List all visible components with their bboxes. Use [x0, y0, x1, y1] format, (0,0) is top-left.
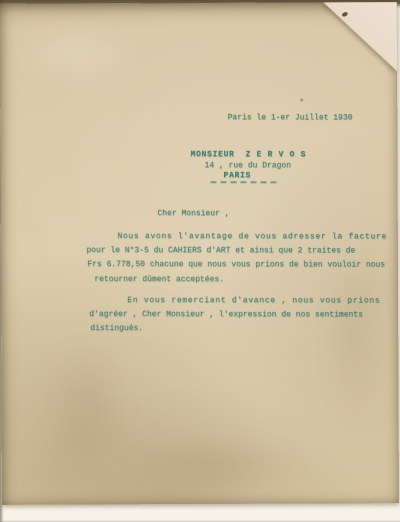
letter-scan: Paris le 1-er Juillet 1930 MONSIEUR Z E … [0, 0, 400, 522]
salutation: Cher Monsieur , [157, 209, 229, 219]
recipient-name: MONSIEUR Z E R V O S [191, 150, 307, 160]
letter-paper: Paris le 1-er Juillet 1930 MONSIEUR Z E … [0, 2, 399, 505]
recipient-city: PARIS [223, 171, 251, 181]
body-line: distingués. [90, 324, 143, 334]
dateline: Paris le 1-er Juillet 1930 [228, 113, 353, 123]
body-line: Frs 6.778,50 chacune que nous vous prion… [87, 260, 385, 271]
body-line: pour le N°3-5 du CAHIERS d'ART et ainsi … [86, 246, 355, 256]
body-line: retourner dûment acceptées. [94, 275, 224, 285]
body-line: d'agréer , Cher Monsieur , l'expression … [89, 310, 363, 320]
body-line: En vous remerciant d'avance , nous vous … [127, 296, 380, 306]
typed-text-layer: Paris le 1-er Juillet 1930 MONSIEUR Z E … [0, 4, 397, 506]
recipient-underline [210, 181, 276, 183]
body-line: Nous avons l'avantage de vous adresser l… [117, 232, 387, 242]
recipient-street: 14 , rue du Dragon [205, 161, 291, 171]
